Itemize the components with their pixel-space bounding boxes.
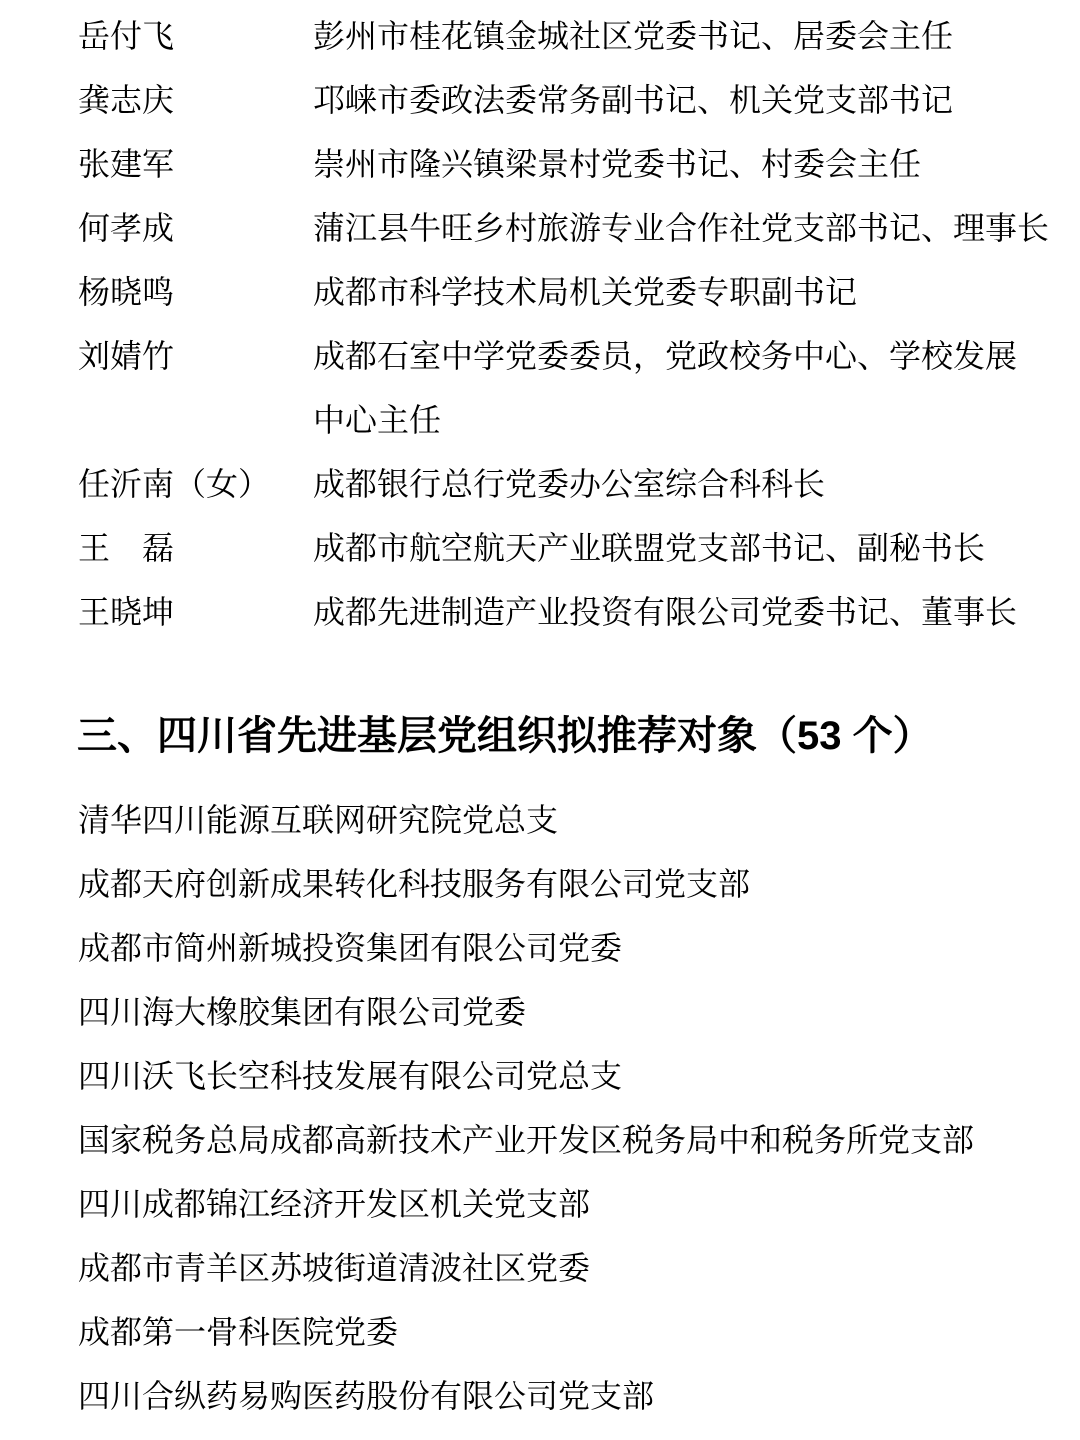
person-name: 王晓坤 — [78, 580, 313, 644]
person-name: 杨晓鸣 — [78, 260, 313, 324]
roster-row: 王晓坤 成都先进制造产业投资有限公司党委书记、董事长 — [78, 580, 1080, 644]
person-position: 成都石室中学党委委员，党政校务中心、学校发展中心主任 — [313, 324, 1029, 452]
person-position: 成都市科学技术局机关党委专职副书记 — [313, 260, 1053, 324]
person-name: 龚志庆 — [78, 68, 313, 132]
org-list-item: 四川沃飞长空科技发展有限公司党总支 — [78, 1044, 1080, 1108]
person-position: 蒲江县牛旺乡村旅游专业合作社党支部书记、理事长 — [313, 196, 1053, 260]
roster-row: 岳付飞 彭州市桂花镇金城社区党委书记、居委会主任 — [78, 4, 1080, 68]
person-position: 成都银行总行党委办公室综合科科长 — [313, 452, 1053, 516]
person-name: 刘婧竹 — [78, 324, 313, 388]
roster-row: 龚志庆 邛崃市委政法委常务副书记、机关党支部书记 — [78, 68, 1080, 132]
org-list-item: 国家税务总局成都高新技术产业开发区税务局中和税务所党支部 — [78, 1108, 1080, 1172]
org-list-item: 四川合纵药易购医药股份有限公司党支部 — [78, 1364, 1080, 1428]
person-position: 成都市航空航天产业联盟党支部书记、副秘书长 — [313, 516, 1053, 580]
roster-row: 何孝成 蒲江县牛旺乡村旅游专业合作社党支部书记、理事长 — [78, 196, 1080, 260]
roster-row: 张建军 崇州市隆兴镇梁景村党委书记、村委会主任 — [78, 132, 1080, 196]
person-position: 邛崃市委政法委常务副书记、机关党支部书记 — [313, 68, 1053, 132]
roster-row: 王 磊 成都市航空航天产业联盟党支部书记、副秘书长 — [78, 516, 1080, 580]
org-list-item: 成都天府创新成果转化科技服务有限公司党支部 — [78, 852, 1080, 916]
person-position: 彭州市桂花镇金城社区党委书记、居委会主任 — [313, 4, 1053, 68]
org-list-item: 成都市简州新城投资集团有限公司党委 — [78, 916, 1080, 980]
person-position: 崇州市隆兴镇梁景村党委书记、村委会主任 — [313, 132, 1053, 196]
person-name: 何孝成 — [78, 196, 313, 260]
org-list: 清华四川能源互联网研究院党总支 成都天府创新成果转化科技服务有限公司党支部 成都… — [0, 788, 1080, 1428]
person-name: 任沂南（女） — [78, 452, 313, 516]
person-name: 王 磊 — [78, 516, 313, 580]
org-list-item: 四川海大橡胶集团有限公司党委 — [78, 980, 1080, 1044]
org-list-item: 成都第一骨科医院党委 — [78, 1300, 1080, 1364]
roster-row: 杨晓鸣 成都市科学技术局机关党委专职副书记 — [78, 260, 1080, 324]
person-name: 张建军 — [78, 132, 313, 196]
section-heading: 三、四川省先进基层党组织拟推荐对象（53 个） — [0, 712, 1080, 760]
person-position: 成都先进制造产业投资有限公司党委书记、董事长 — [313, 580, 1053, 644]
person-name: 岳付飞 — [78, 4, 313, 68]
roster-row: 刘婧竹 成都石室中学党委委员，党政校务中心、学校发展中心主任 — [78, 324, 1080, 452]
roster: 岳付飞 彭州市桂花镇金城社区党委书记、居委会主任 龚志庆 邛崃市委政法委常务副书… — [0, 0, 1080, 644]
org-list-item: 成都市青羊区苏坡街道清波社区党委 — [78, 1236, 1080, 1300]
roster-row: 任沂南（女） 成都银行总行党委办公室综合科科长 — [78, 452, 1080, 516]
org-list-item: 清华四川能源互联网研究院党总支 — [78, 788, 1080, 852]
document-page: 岳付飞 彭州市桂花镇金城社区党委书记、居委会主任 龚志庆 邛崃市委政法委常务副书… — [0, 0, 1080, 1440]
org-list-item: 四川成都锦江经济开发区机关党支部 — [78, 1172, 1080, 1236]
